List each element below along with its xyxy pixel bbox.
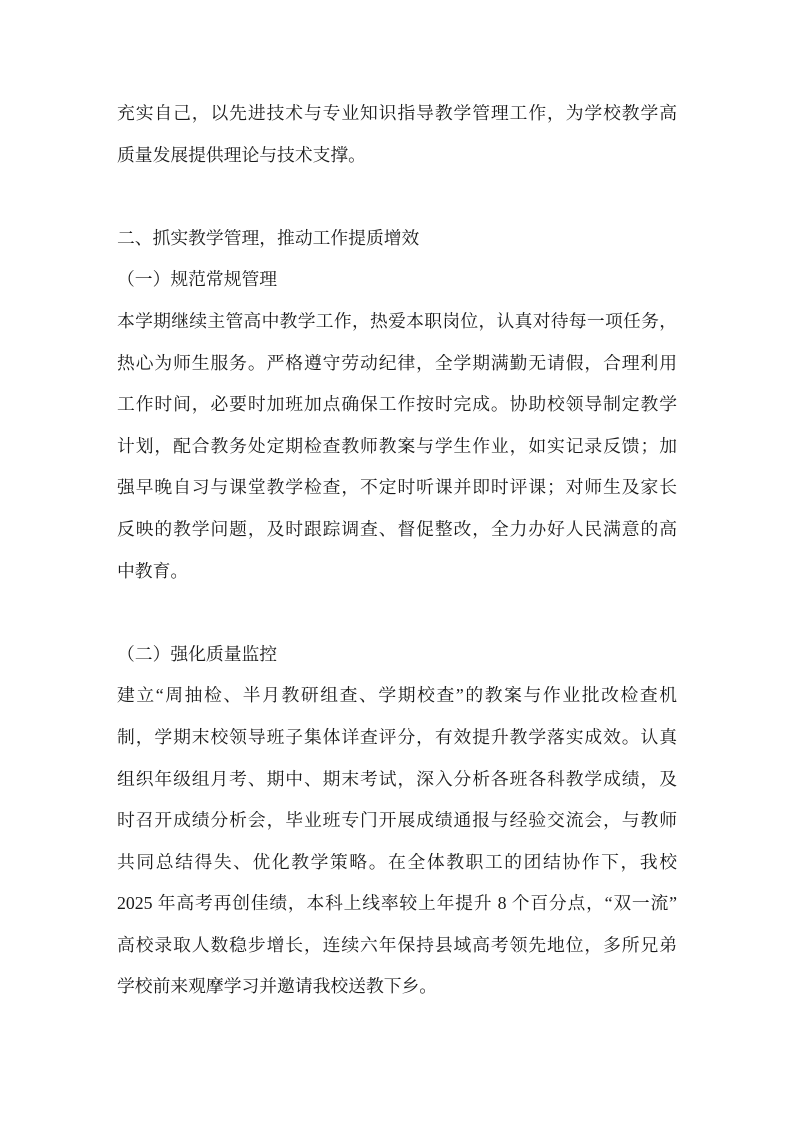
paragraph: 本学期继续主管高中教学工作，热爱本职岗位，认真对待每一项任务，热心为师生服务。严… [117, 301, 677, 592]
paragraph: 充实自己，以先进技术与专业知识指导教学管理工作，为学校教学高质量发展提供理论与技… [117, 93, 677, 176]
text-line: 共同总结得失、优化教学策略。在全体教职工的团结协作下，我校 [117, 842, 677, 884]
text-line: 工作时间，必要时加班加点确保工作按时完成。协助校领导制定教学 [117, 384, 677, 426]
text-line: 中教育。 [117, 551, 677, 593]
text-line: 组织年级组月考、期中、期末考试，深入分析各班各科教学成绩，及 [117, 759, 677, 801]
text-line: 制，学期末校领导班子集体详查评分，有效提升教学落实成效。认真 [117, 717, 677, 759]
text-line: 质量发展提供理论与技术支撑。 [117, 135, 677, 177]
paragraph: 建立“周抽检、半月教研组查、学期校查”的教案与作业批改检查机制，学期末校领导班子… [117, 675, 677, 1008]
text-line: 时召开成绩分析会，毕业班专门开展成绩通报与经验交流会，与教师 [117, 800, 677, 842]
text-line: 2025 年高考再创佳绩，本科上线率较上年提升 8 个百分点，“双一流” [117, 883, 677, 925]
blank-line [117, 176, 677, 218]
text-line: 强早晚自习与课堂教学检查，不定时听课并即时评课；对师生及家长 [117, 467, 677, 509]
section-heading: 二、抓实教学管理，推动工作提质增效 [117, 218, 677, 260]
subsection-heading: （二）强化质量监控 [117, 634, 677, 676]
blank-line [117, 592, 677, 634]
text-line: 本学期继续主管高中教学工作，热爱本职岗位，认真对待每一项任务， [117, 301, 677, 343]
text-line: 高校录取人数稳步增长，连续六年保持县域高考领先地位，多所兄弟 [117, 925, 677, 967]
document-content: 充实自己，以先进技术与专业知识指导教学管理工作，为学校教学高质量发展提供理论与技… [117, 93, 677, 1008]
document-page: 充实自己，以先进技术与专业知识指导教学管理工作，为学校教学高质量发展提供理论与技… [0, 0, 793, 1122]
text-line: 建立“周抽检、半月教研组查、学期校查”的教案与作业批改检查机 [117, 675, 677, 717]
text-line: 充实自己，以先进技术与专业知识指导教学管理工作，为学校教学高 [117, 93, 677, 135]
text-line: 学校前来观摩学习并邀请我校送教下乡。 [117, 966, 677, 1008]
subsection-heading: （一）规范常规管理 [117, 259, 677, 301]
text-line: 热心为师生服务。严格遵守劳动纪律，全学期满勤无请假，合理利用 [117, 343, 677, 385]
text-line: 计划，配合教务处定期检查教师教案与学生作业，如实记录反馈；加 [117, 426, 677, 468]
text-line: 反映的教学问题，及时跟踪调查、督促整改，全力办好人民满意的高 [117, 509, 677, 551]
